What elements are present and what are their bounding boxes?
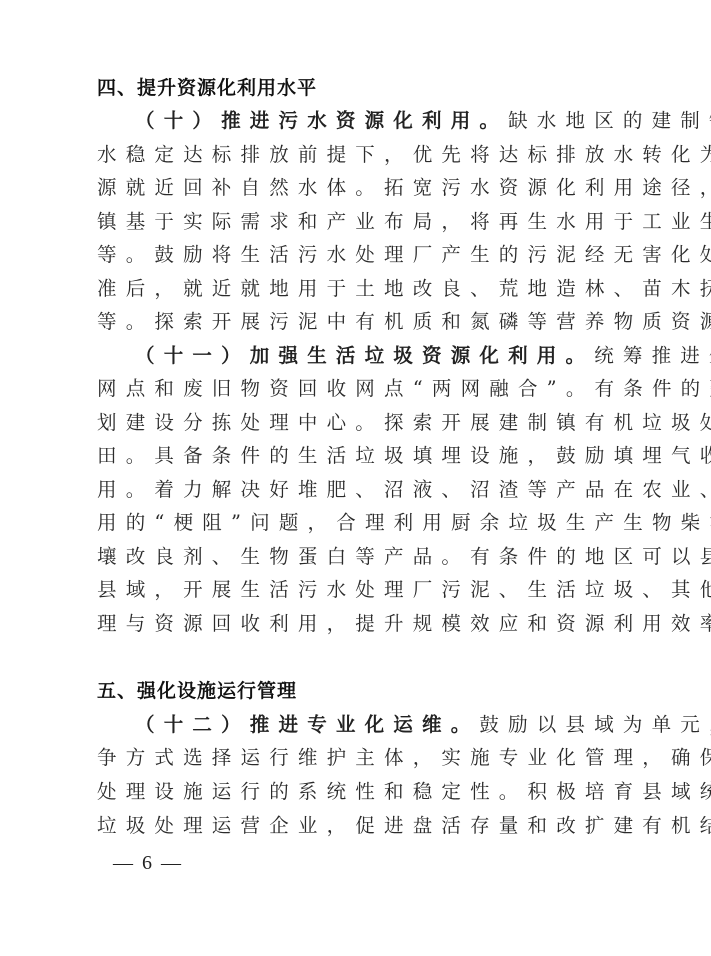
text-line: 田。具备条件的生活垃圾填埋设施，鼓励填埋气收集和综合利 bbox=[97, 441, 617, 471]
document-page: 四、提升资源化利用水平 （十）推进污水资源化利用。缺水地区的建制镇，在确保污 水… bbox=[0, 0, 711, 956]
text-line: 用。着力解决好堆肥、沼液、沼渣等产品在农业、林业生产中应 bbox=[97, 475, 617, 505]
text-line: 镇基于实际需求和产业布局，将再生水用于工业生产和市政杂用 bbox=[97, 207, 617, 237]
paragraph-11-line-1: （十一）加强生活垃圾资源化利用。统筹推进生活垃圾分类 bbox=[97, 341, 655, 371]
text-line: 用的“梗阻”问题，合理利用厨余垃圾生产生物柴油、沼气、土 bbox=[97, 508, 617, 538]
paragraph-lead: （十二）推进专业化运维。 bbox=[135, 713, 479, 736]
text-line: 统筹推进生活垃圾分类 bbox=[594, 344, 711, 367]
text-line: 壤改良剂、生物蛋白等产品。有条件的地区可以县域为单元或跨 bbox=[97, 542, 617, 572]
section-heading-5: 五、强化设施运行管理 bbox=[97, 676, 617, 706]
text-line: 争方式选择运行维护主体，实施专业化管理，确保污水垃圾收集 bbox=[97, 743, 617, 773]
paragraph-lead: （十一）加强生活垃圾资源化利用。 bbox=[135, 344, 594, 367]
paragraph-lead: （十）推进污水资源化利用。 bbox=[135, 109, 508, 132]
text-line: 源就近回补自然水体。拓宽污水资源化利用途径，有条件的建制 bbox=[97, 173, 617, 203]
section-heading-4: 四、提升资源化利用水平 bbox=[97, 73, 617, 103]
text-line: 处理设施运行的系统性和稳定性。积极培育县域统筹的生活污水 bbox=[97, 777, 617, 807]
text-line: 缺水地区的建制镇，在确保污 bbox=[508, 109, 711, 132]
text-line: 理与资源回收利用，提升规模效应和资源利用效率。 bbox=[97, 609, 617, 639]
paragraph-12-line-1: （十二）推进专业化运维。鼓励以县域为单元，通过市场竞 bbox=[97, 710, 655, 740]
text-line: 等。鼓励将生活污水处理厂产生的污泥经无害化处理符合相关标 bbox=[97, 240, 617, 270]
text-line: 县域，开展生活污水处理厂污泥、生活垃圾、其他废弃物协同处 bbox=[97, 575, 617, 605]
text-line: 划建设分拣处理中心。探索开展建制镇有机垃圾处理达标后还 bbox=[97, 408, 617, 438]
text-line: 准后，就近就地用于土地改良、荒地造林、苗木抚育、园林绿化 bbox=[97, 274, 617, 304]
text-line: 等。探索开展污泥中有机质和氮磷等营养物质资源回收利用。 bbox=[97, 307, 617, 337]
text-line: 鼓励以县域为单元，通过市场竞 bbox=[479, 713, 711, 736]
text-line: 水稳定达标排放前提下，优先将达标排放水转化为可利用的水资 bbox=[97, 140, 617, 170]
text-line: 垃圾处理运营企业，促进盘活存量和改扩建有机结合，提高污水 bbox=[97, 811, 617, 841]
paragraph-10-line-1: （十）推进污水资源化利用。缺水地区的建制镇，在确保污 bbox=[97, 106, 655, 136]
text-line: 网点和废旧物资回收网点“两网融合”。有条件的建制镇统筹规 bbox=[97, 374, 617, 404]
page-number: — 6 — bbox=[113, 848, 183, 878]
